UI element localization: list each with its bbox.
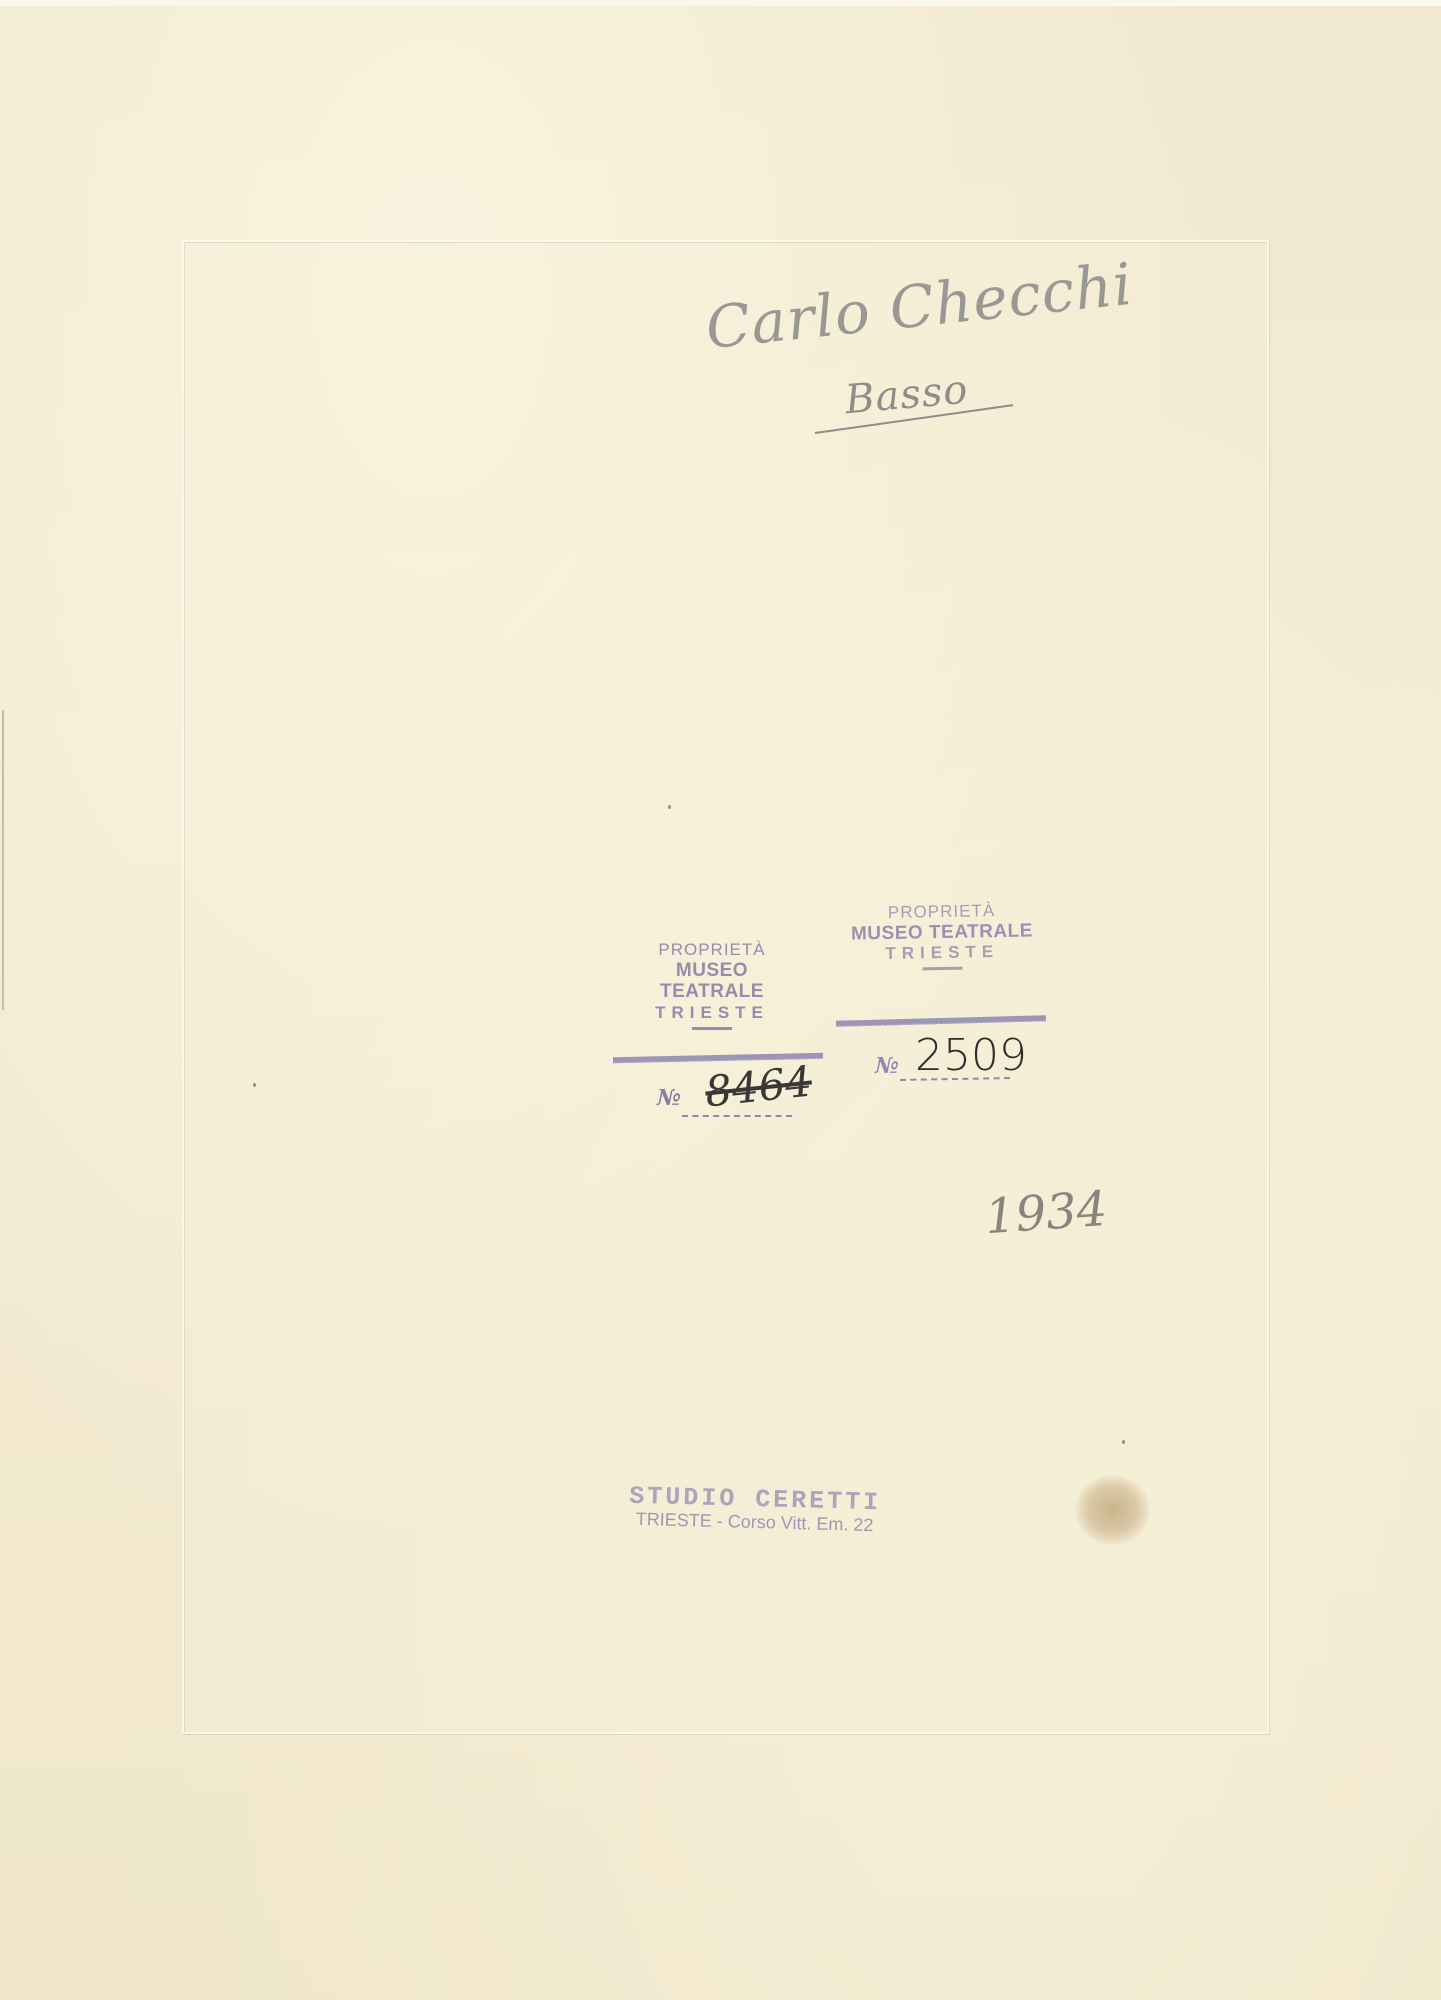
stamp-line-museum: MUSEO TEATRALE	[622, 960, 802, 1004]
paper-speck	[253, 1083, 256, 1087]
paper-speck	[1122, 1440, 1125, 1444]
page-top-edge	[0, 0, 1441, 6]
number-sign-2: №	[875, 1053, 899, 1079]
photo-studio-stamp: STUDIO CERETTI TRIESTE - Corso Vitt. Em.…	[589, 1481, 920, 1538]
document-page: Carlo Checchi Basso PROPRIETÀ MUSEO TEAT…	[0, 0, 1441, 2000]
museum-stamp-1: PROPRIETÀ MUSEO TEATRALE TRIESTE	[622, 940, 802, 1030]
stamp-line-ownership: PROPRIETÀ	[622, 940, 802, 960]
paper-stain	[1075, 1475, 1150, 1545]
binding-edge	[2, 710, 12, 1010]
museum-stamp-2: PROPRIETÀ MUSEO TEATRALE TRIESTE	[841, 900, 1042, 971]
stamp-line-city: TRIESTE	[842, 942, 1042, 965]
stamp-rule	[692, 1027, 732, 1030]
stamp-line-city: TRIESTE	[622, 1003, 802, 1023]
paper-speck	[668, 805, 671, 809]
handwritten-year: 1934	[983, 1181, 1109, 1245]
number-underline-1	[682, 1115, 792, 1117]
number-sign-1: №	[657, 1085, 681, 1111]
stamp-line-museum: MUSEO TEATRALE	[842, 920, 1042, 945]
handwritten-inventory-number-2: 2509	[915, 1030, 1027, 1081]
